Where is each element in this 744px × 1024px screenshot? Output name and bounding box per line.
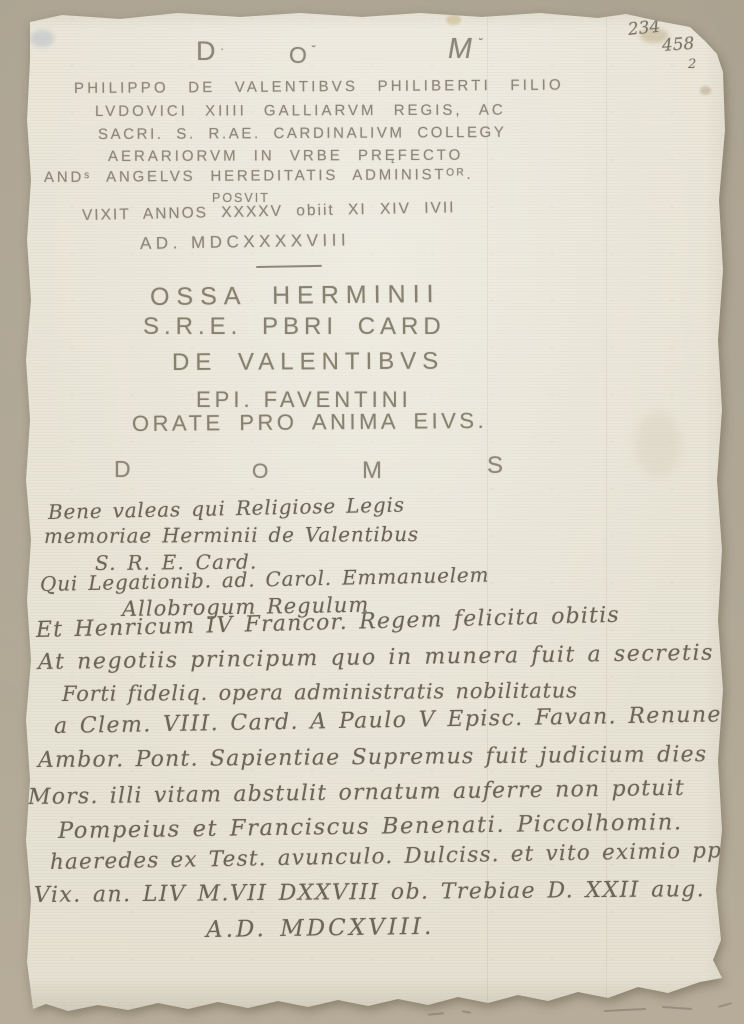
- inscription-vixit: VIXIT ANNOS XXXXV obiit XI XIV IVII: [82, 199, 456, 225]
- divider-stroke: [256, 265, 322, 268]
- archive-number-bottom: 2: [688, 57, 696, 72]
- note-line: Ambor. Pont. Sapientiae Supremus fuit ju…: [38, 742, 707, 773]
- dom-letter: S: [487, 452, 503, 480]
- heading-glyph: O: [289, 42, 307, 68]
- inscription-line: PHILIPPO DE VALENTIBVS PHILIBERTI FILIO: [74, 77, 564, 97]
- pencil-mark: ˘: [477, 36, 483, 50]
- note-line: At negotiis principum quo in munera fuit…: [38, 641, 714, 675]
- yellow-stain: [446, 15, 461, 25]
- note-line: Bene valeas qui Religiose Legis: [48, 493, 405, 524]
- note-line: Vix. an. LIV M.VII DXXVIII ob. Trebiae D…: [34, 877, 705, 908]
- heading-glyph: M: [445, 33, 475, 65]
- inscription-year: AD. MDCXXXXVIII: [140, 230, 350, 254]
- inscription-line: LVDOVICI XIIII GALLIARVM REGIS, AC: [95, 102, 506, 120]
- heading-letter-d: D.: [196, 36, 224, 67]
- note-line: Forti fideliq. opera administratis nobil…: [62, 678, 578, 706]
- archive-number-top: 234: [627, 17, 661, 40]
- heading-letter-o: O˘: [289, 42, 316, 69]
- epitaph-line: OSSA HERMINII: [150, 280, 441, 312]
- note-line: memoriae Herminii de Valentibus: [44, 522, 419, 548]
- pencil-mark: .: [221, 39, 224, 53]
- blue-stain: [30, 30, 54, 47]
- pencil-mark: ˘: [312, 43, 316, 57]
- note-line: a Clem. VIII. Card. A Paulo V Episc. Fav…: [54, 702, 722, 739]
- note-line: haeredes ex Test. avunculo. Dulciss. et …: [50, 838, 723, 875]
- inscription-line: SACRI. S. R.AE. CARDINALIVM COLLEGY: [98, 124, 507, 143]
- note-year-line: A.D. MDCXVIII.: [206, 914, 435, 943]
- heading-glyph: D: [196, 36, 216, 66]
- epitaph-line: DE VALENTIBVS: [172, 348, 444, 377]
- soft-stain: [636, 412, 680, 476]
- paper-shadow-wrap: 234 458 2 D. O˘ M˘ PHILIPPO DE VALENTIBV…: [0, 0, 744, 1024]
- brown-stain: [700, 86, 711, 95]
- dom-letter: D: [114, 456, 131, 483]
- epitaph-line: S.R.E. PBRI CARD: [143, 313, 446, 341]
- inscription-line: ANDˢ ANGELVS HEREDITATIS ADMINISTᴼᴿ.: [44, 166, 474, 186]
- dom-letter: M: [362, 457, 382, 485]
- epitaph-line: ORATE PRO ANIMA EIVS.: [132, 408, 487, 437]
- heading-letter-m: M˘: [445, 33, 484, 66]
- manuscript-scan: 234 458 2 D. O˘ M˘ PHILIPPO DE VALENTIBV…: [0, 0, 744, 1024]
- inscription-line: AERARIORVM IN VRBE PRĘFECTO: [108, 147, 463, 165]
- note-line: Mors. illi vitam abstulit ornatum auferr…: [28, 776, 685, 810]
- note-line: Pompeius et Franciscus Benenati. Piccolh…: [58, 809, 683, 844]
- paper-sheet: 234 458 2 D. O˘ M˘ PHILIPPO DE VALENTIBV…: [0, 0, 744, 1024]
- archive-number-middle: 458: [661, 34, 695, 56]
- dom-letter: O: [252, 460, 268, 484]
